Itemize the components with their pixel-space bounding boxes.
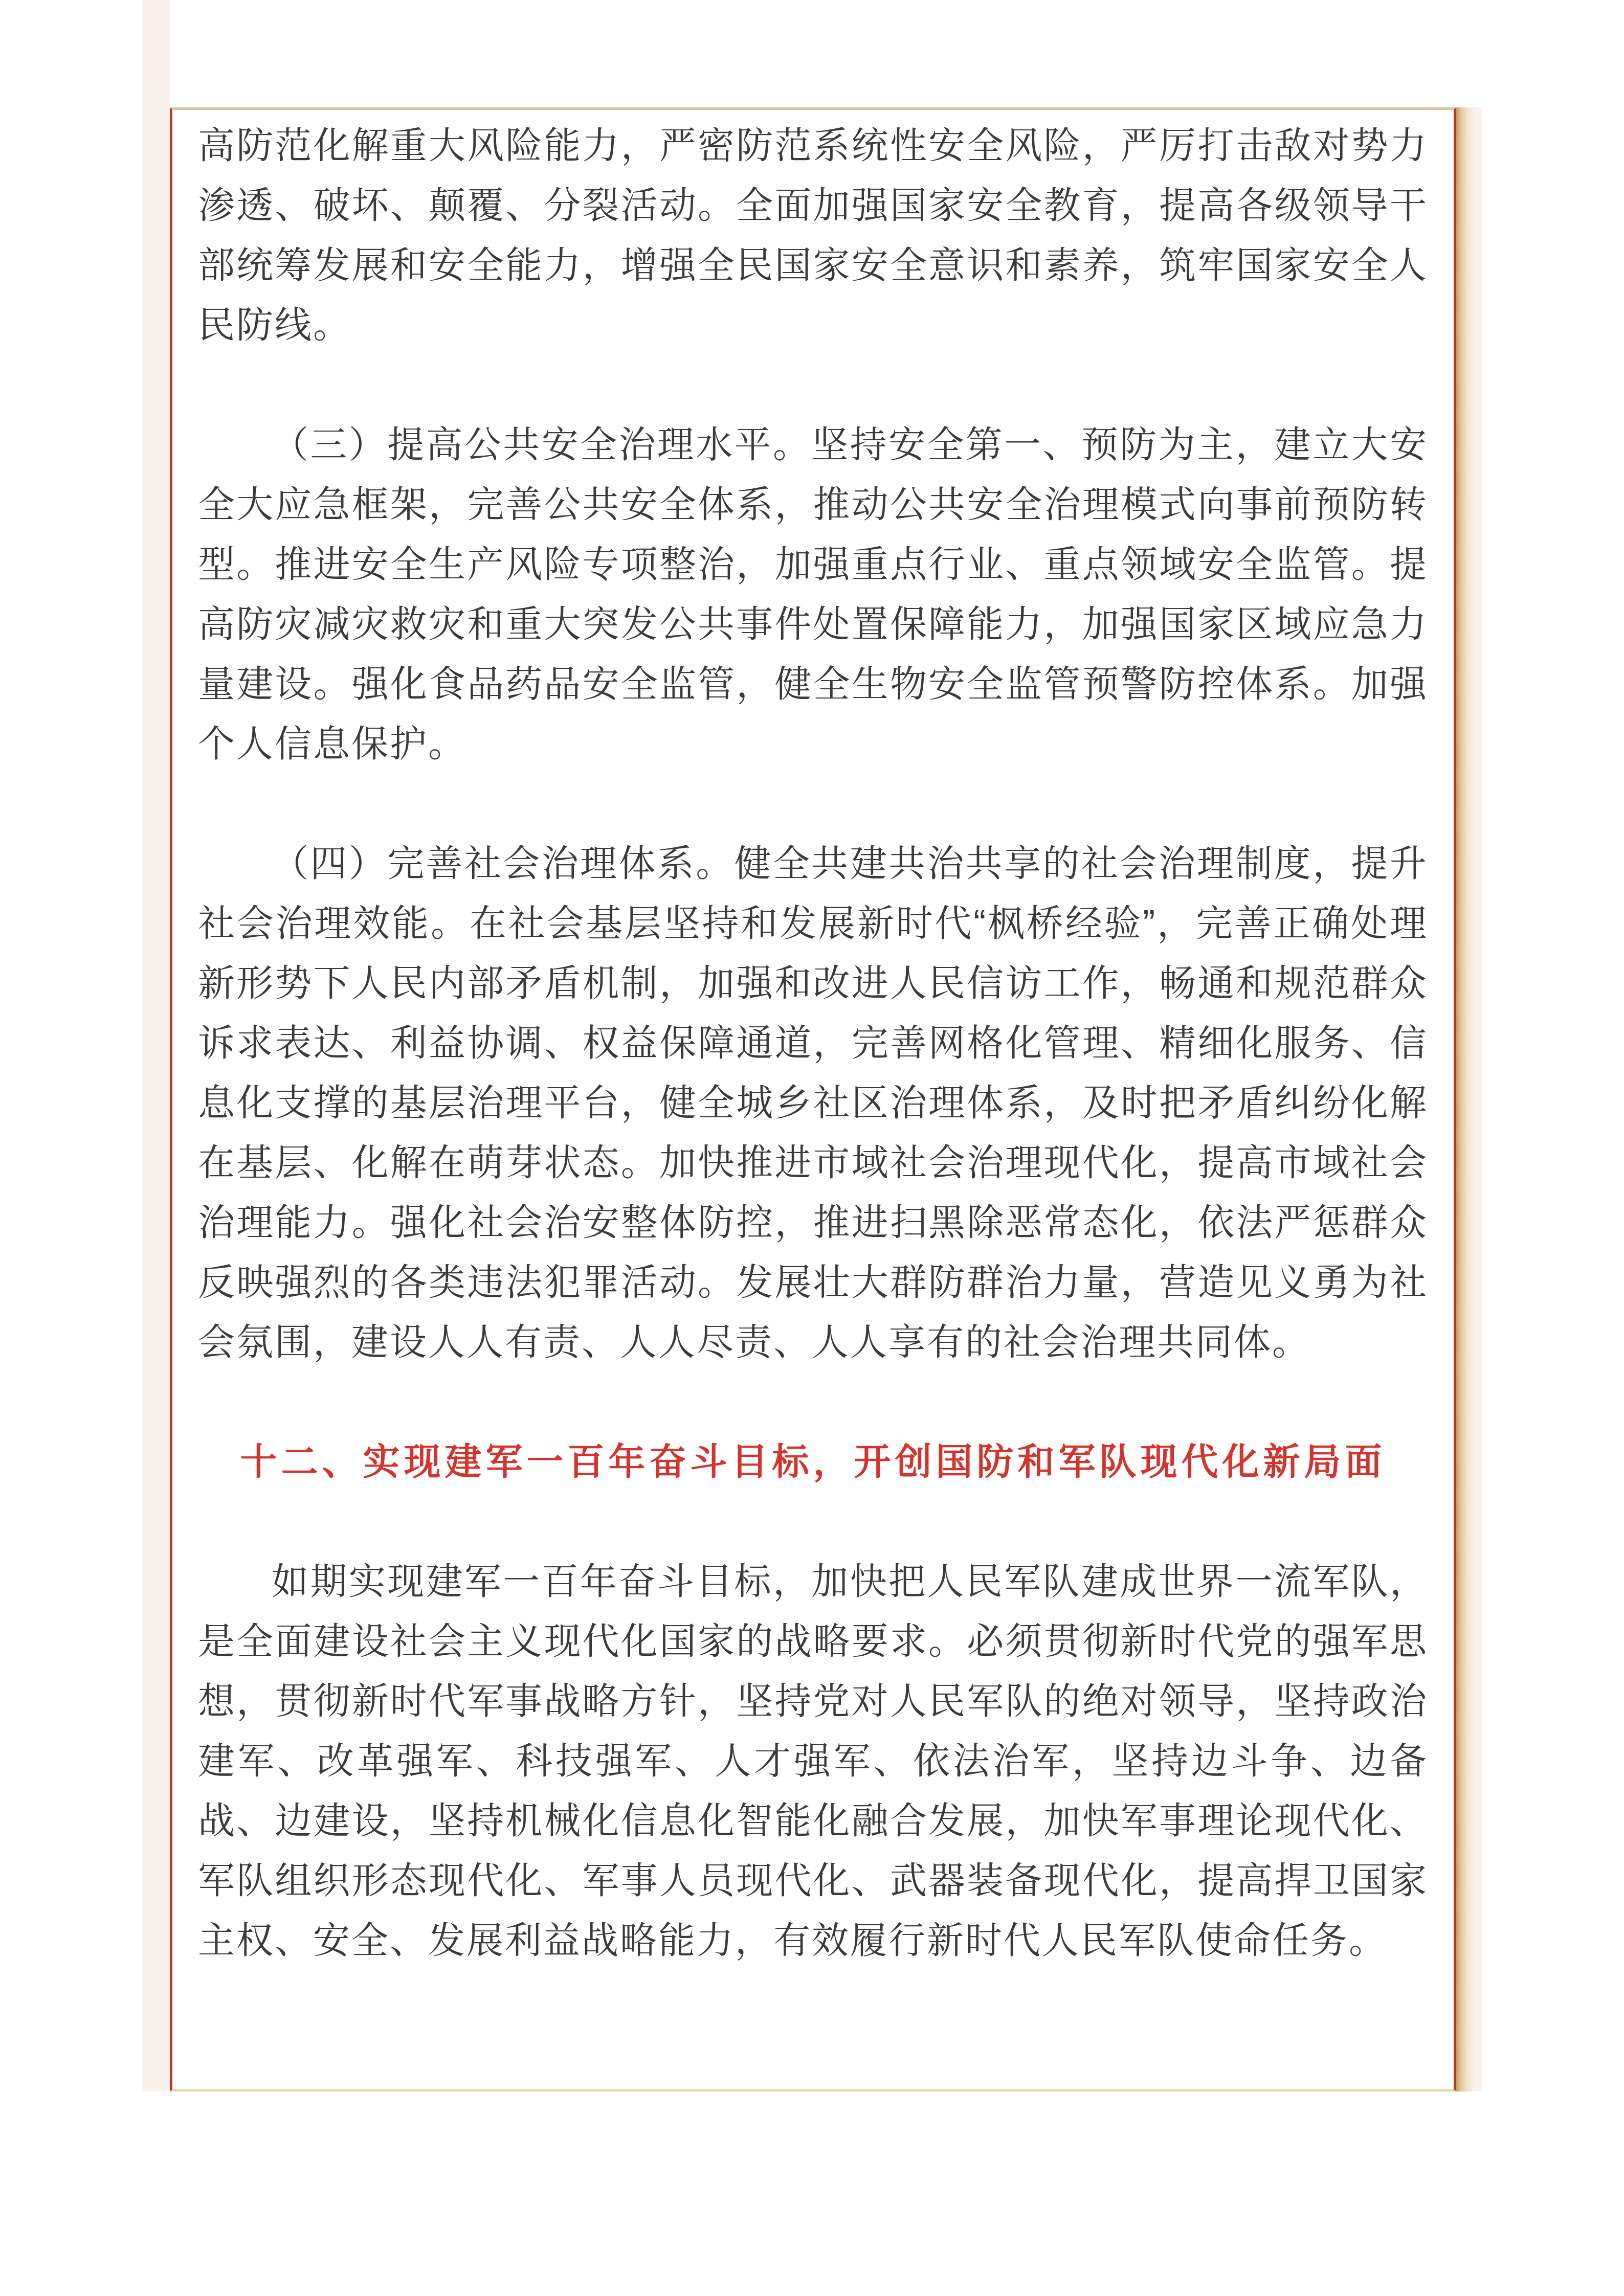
paragraph-military-goals: 如期实现建军一百年奋斗目标，加快把人民军队建成世界一流军队，是全面建设社会主义现…: [198, 1552, 1428, 1971]
paragraph-national-security: 高防范化解重大风险能力，严密防范系统性安全风险，严厉打击敌对势力渗透、破坏、颠覆…: [198, 116, 1428, 355]
page-gap-left: [142, 0, 170, 2091]
paragraph-social-governance: （四）完善社会治理体系。健全共建共治共享的社会治理制度，提升社会治理效能。在社会…: [198, 834, 1428, 1372]
article-text-card: 高防范化解重大风险能力，严密防范系统性安全风险，严厉打击敌对势力渗透、破坏、颠覆…: [170, 107, 1456, 2091]
section-heading-twelve: 十二、实现建军一百年奋斗目标，开创国防和军队现代化新局面: [198, 1432, 1428, 1492]
page-gap-right-shadow: [1456, 107, 1482, 2091]
paragraph-public-safety: （三）提高公共安全治理水平。坚持安全第一、预防为主，建立大安全大应急框架，完善公…: [198, 415, 1428, 774]
article-text-column: 高防范化解重大风险能力，严密防范系统性安全风险，严厉打击敌对势力渗透、破坏、颠覆…: [172, 110, 1454, 1971]
